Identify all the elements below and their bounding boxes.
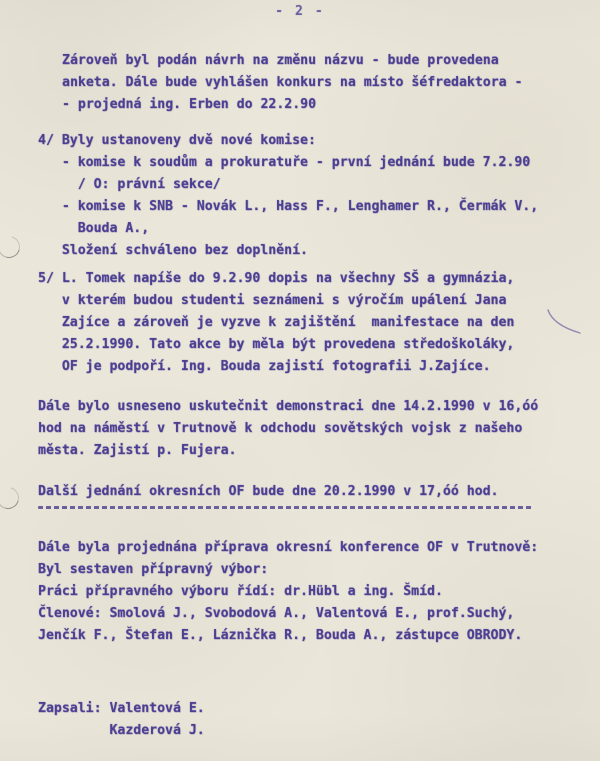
text-line: hod na náměstí v Trutnově k odchodu sově… <box>38 418 538 440</box>
text-line: Bouda A., <box>38 218 538 240</box>
text-line: / O: právní sekce/ <box>38 174 538 196</box>
paragraph-conference: Dále byla projednána příprava okresní ko… <box>38 537 538 647</box>
text-line: Práci přípravného výboru řídí: dr.Hübl a… <box>38 581 538 603</box>
text-line: Dále bylo usneseno uskutečnit demonstrac… <box>38 396 538 418</box>
text-line: 5/ L. Tomek napíše do 9.2.90 dopis na vš… <box>38 268 514 290</box>
punch-hole-top <box>0 232 24 262</box>
agenda-item-4: 4/ Byly ustanoveny dvě nové komise: - ko… <box>38 130 538 262</box>
signature-block: Zapsali: Valentová E. Kazderová J. <box>38 698 205 742</box>
text-line: Dále byla projednána příprava okresní ko… <box>38 537 538 559</box>
text-line: města. Zajistí p. Fujera. <box>38 440 538 462</box>
text-line: Další jednání okresních OF bude dne 20.2… <box>38 481 499 503</box>
dashed-separator-line <box>38 506 532 509</box>
text-line: 25.2.1990. Tato akce by měla být provede… <box>38 334 514 356</box>
scanned-document-page: - 2 - Zároveň byl podán návrh na změnu n… <box>0 0 600 761</box>
text-line: - komise k SNB - Novák L., Hass F., Leng… <box>38 196 538 218</box>
paragraph-demonstration: Dále bylo usneseno uskutečnit demonstrac… <box>38 396 538 462</box>
text-line: Kazderová J. <box>38 720 205 742</box>
text-line: v kterém budou studenti seznámeni s výro… <box>38 290 514 312</box>
page-number: - 2 - <box>0 4 600 19</box>
text-line: - projedná ing. Erben do 22.2.90 <box>62 94 523 116</box>
text-line: Jenčík F., Štefan E., Láznička R., Bouda… <box>38 625 538 647</box>
text-line: Zároveň byl podán návrh na změnu názvu -… <box>62 50 523 72</box>
text-line: 4/ Byly ustanoveny dvě nové komise: <box>38 130 538 152</box>
pen-mark <box>540 300 590 345</box>
text-line: Zapsali: Valentová E. <box>38 698 205 720</box>
text-line: anketa. Dále bude vyhlášen konkurs na mí… <box>62 72 523 94</box>
text-line: Zajíce a zároveň je vyzve k zajištění ma… <box>38 312 514 334</box>
paragraph-intro: Zároveň byl podán návrh na změnu názvu -… <box>62 50 523 116</box>
paragraph-next-meeting: Další jednání okresních OF bude dne 20.2… <box>38 481 499 503</box>
text-line: Složení schváleno bez doplnění. <box>38 240 538 262</box>
text-line: Členové: Smolová J., Svobodová A., Valen… <box>38 603 538 625</box>
agenda-item-5: 5/ L. Tomek napíše do 9.2.90 dopis na vš… <box>38 268 514 378</box>
text-line: OF je podpoří. Ing. Bouda zajistí fotogr… <box>38 356 514 378</box>
text-line: - komise k soudům a prokuratuře - první … <box>38 152 538 174</box>
punch-hole-bottom <box>0 483 23 513</box>
text-line: Byl sestaven přípravný výbor: <box>38 559 538 581</box>
